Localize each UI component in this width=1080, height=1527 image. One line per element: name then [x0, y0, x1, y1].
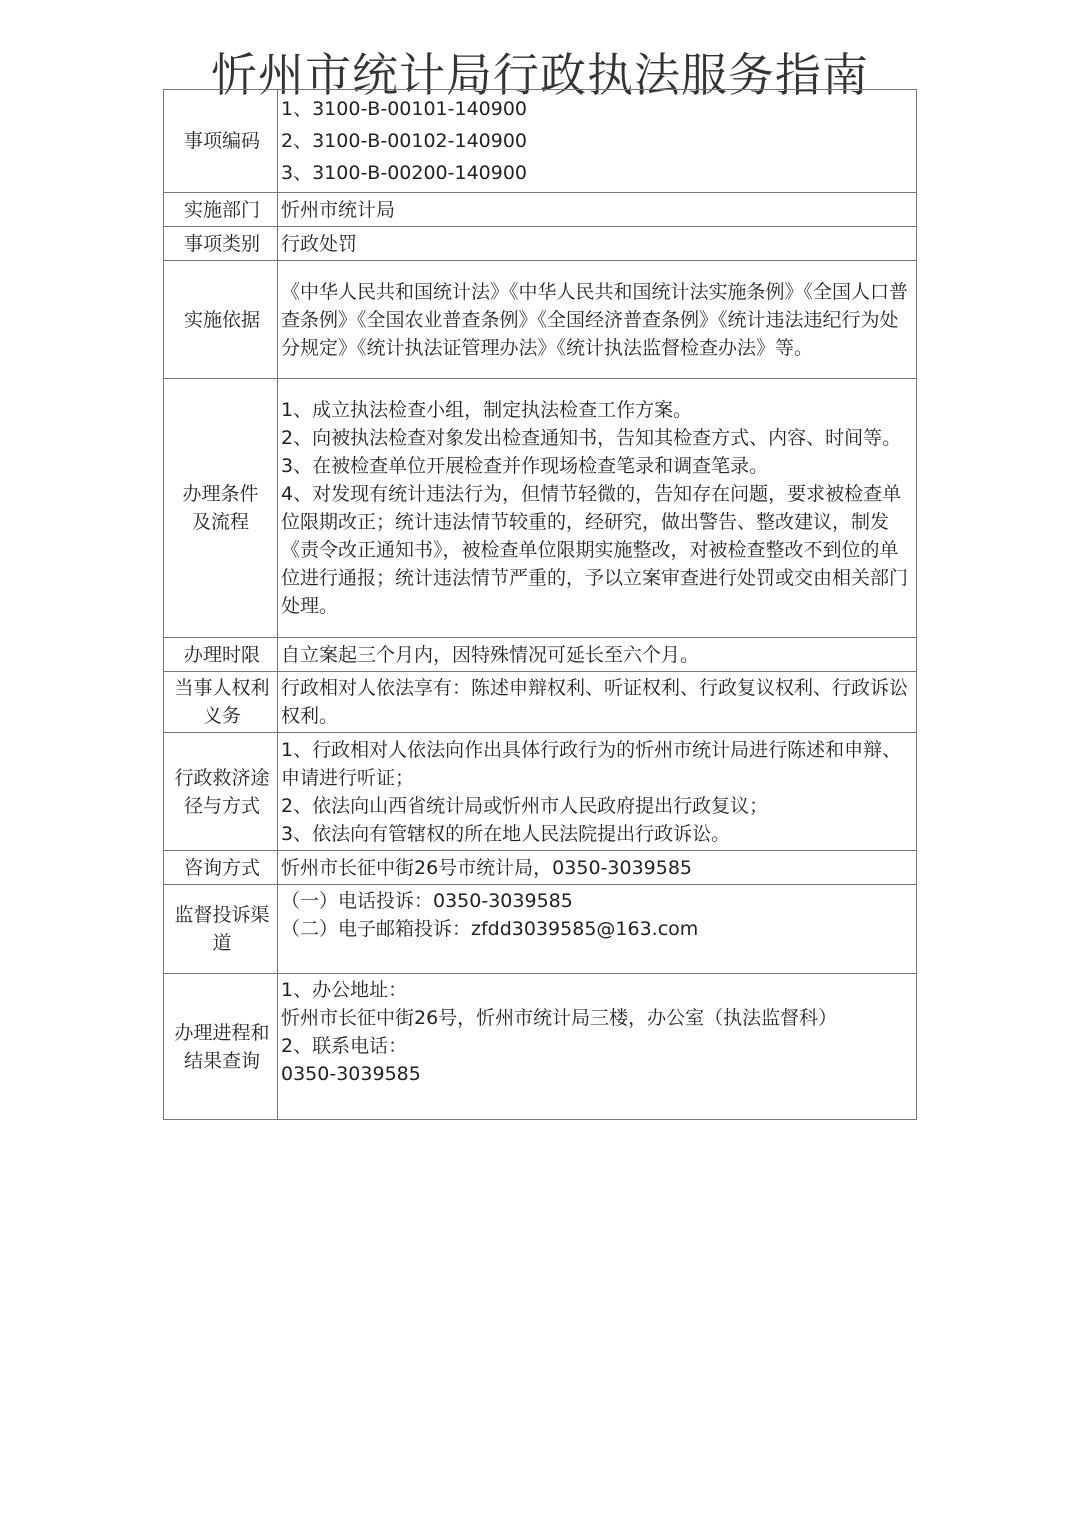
row-value: 行政处罚	[278, 227, 917, 261]
table-row-progress-query: 办理进程和结果查询 1、办公地址： 忻州市长征中街26号，忻州市统计局三楼，办公…	[164, 974, 917, 1120]
row-label: 咨询方式	[164, 851, 278, 885]
table-row-department: 实施部门 忻州市统计局	[164, 193, 917, 227]
row-label: 实施依据	[164, 261, 278, 379]
row-label: 实施部门	[164, 193, 278, 227]
complaint-phone: （一）电话投诉：0350-3039585	[281, 887, 916, 915]
row-label: 监督投诉渠道	[164, 885, 278, 974]
procedure-step: 2、向被执法检查对象发出检查通知书，告知其检查方式、内容、时间等。	[281, 424, 916, 452]
row-label: 办理时限	[164, 638, 278, 672]
procedure-step: 4、对发现有统计违法行为，但情节轻微的，告知存在问题，要求被检查单位限期改正；统…	[281, 480, 916, 620]
row-label: 办理条件及流程	[164, 379, 278, 638]
remedy-item: 2、依法向山西省统计局或忻州市人民政府提出行政复议；	[281, 792, 916, 820]
row-value: 1、办公地址： 忻州市长征中街26号，忻州市统计局三楼，办公室（执法监督科） 2…	[278, 974, 917, 1120]
contact-phone-label: 2、联系电话：	[281, 1032, 916, 1060]
office-address: 忻州市长征中街26号，忻州市统计局三楼，办公室（执法监督科）	[281, 1004, 916, 1032]
office-address-label: 1、办公地址：	[281, 976, 916, 1004]
table-row-consult: 咨询方式 忻州市长征中街26号市统计局，0350-3039585	[164, 851, 917, 885]
table-row-procedure: 办理条件及流程 1、成立执法检查小组，制定执法检查工作方案。 2、向被执法检查对…	[164, 379, 917, 638]
table-row-legal-basis: 实施依据 《中华人民共和国统计法》《中华人民共和国统计法实施条例》《全国人口普查…	[164, 261, 917, 379]
row-value: 1、行政相对人依法向作出具体行政行为的忻州市统计局进行陈述和申辩、申请进行听证；…	[278, 733, 917, 851]
row-value: 忻州市长征中街26号市统计局，0350-3039585	[278, 851, 917, 885]
complaint-email: （二）电子邮箱投诉：zfdd3039585@163.com	[281, 915, 916, 943]
row-label: 事项编码	[164, 90, 278, 193]
row-label: 行政救济途径与方式	[164, 733, 278, 851]
procedure-step: 1、成立执法检查小组，制定执法检查工作方案。	[281, 396, 916, 424]
item-code: 2、3100-B-00102-140900	[281, 125, 916, 157]
item-code: 1、3100-B-00101-140900	[281, 93, 916, 125]
row-value: 1、3100-B-00101-140900 2、3100-B-00102-140…	[278, 90, 917, 193]
contact-phone: 0350-3039585	[281, 1060, 916, 1088]
remedy-item: 3、依法向有管辖权的所在地人民法院提出行政诉讼。	[281, 820, 916, 848]
row-value: （一）电话投诉：0350-3039585 （二）电子邮箱投诉：zfdd30395…	[278, 885, 917, 974]
row-value: 行政相对人依法享有：陈述申辩权利、听证权利、行政复议权利、行政诉讼权利。	[278, 672, 917, 733]
row-label: 事项类别	[164, 227, 278, 261]
row-label: 当事人权利义务	[164, 672, 278, 733]
table-row-rights: 当事人权利义务 行政相对人依法享有：陈述申辩权利、听证权利、行政复议权利、行政诉…	[164, 672, 917, 733]
procedure-step: 3、在被检查单位开展检查并作现场检查笔录和调查笔录。	[281, 452, 916, 480]
table-row-time-limit: 办理时限 自立案起三个月内，因特殊情况可延长至六个月。	[164, 638, 917, 672]
table-row-remedy: 行政救济途径与方式 1、行政相对人依法向作出具体行政行为的忻州市统计局进行陈述和…	[164, 733, 917, 851]
row-value: 《中华人民共和国统计法》《中华人民共和国统计法实施条例》《全国人口普查条例》《全…	[278, 261, 917, 379]
row-label: 办理进程和结果查询	[164, 974, 278, 1120]
service-guide-table: 事项编码 1、3100-B-00101-140900 2、3100-B-0010…	[163, 89, 917, 1120]
remedy-item: 1、行政相对人依法向作出具体行政行为的忻州市统计局进行陈述和申辩、申请进行听证；	[281, 736, 916, 792]
table-row-complaint: 监督投诉渠道 （一）电话投诉：0350-3039585 （二）电子邮箱投诉：zf…	[164, 885, 917, 974]
table-row-item-code: 事项编码 1、3100-B-00101-140900 2、3100-B-0010…	[164, 90, 917, 193]
table-row-category: 事项类别 行政处罚	[164, 227, 917, 261]
row-value: 1、成立执法检查小组，制定执法检查工作方案。 2、向被执法检查对象发出检查通知书…	[278, 379, 917, 638]
row-value: 忻州市统计局	[278, 193, 917, 227]
item-code: 3、3100-B-00200-140900	[281, 157, 916, 189]
row-value: 自立案起三个月内，因特殊情况可延长至六个月。	[278, 638, 917, 672]
